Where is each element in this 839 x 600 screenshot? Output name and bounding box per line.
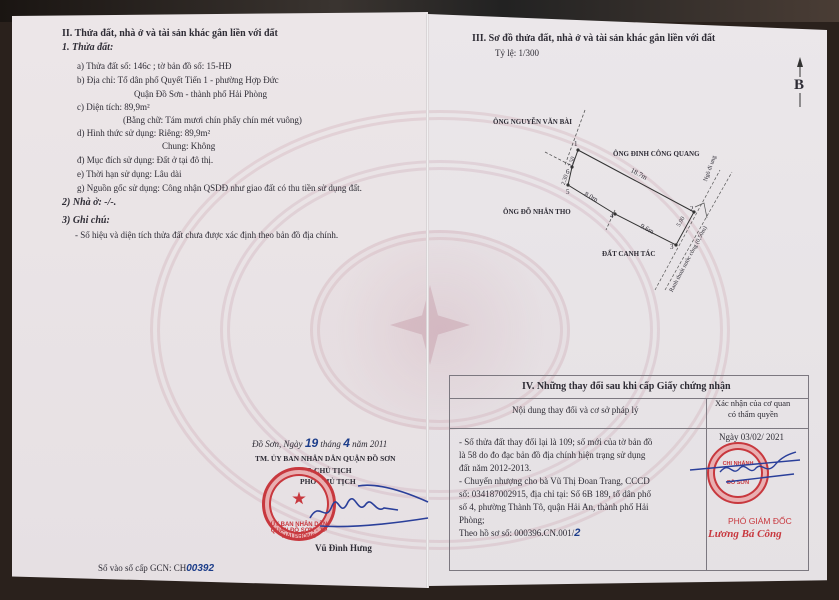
address-line-2: Quận Đồ Sơn - thành phố Hải Phòng <box>134 89 267 100</box>
section-ii-title: II. Thửa đất, nhà ở và tài sản khác gắn … <box>62 28 278 39</box>
house-heading: 2) Nhà ở: -/-. <box>62 197 116 208</box>
issue-month-label: tháng <box>320 439 341 449</box>
change-line-1: - Số thửa đất thay đổi lại là 109; số mớ… <box>459 437 652 448</box>
usage-origin-line: g) Nguồn gốc sử dụng: Công nhận QSDĐ như… <box>77 183 362 194</box>
point-4: 4 <box>610 212 614 220</box>
confirm-role: PHÓ GIÁM ĐỐC <box>728 516 792 527</box>
point-3: 3 <box>670 243 674 251</box>
register-label: Số vào sổ cấp GCN: CH <box>98 563 186 573</box>
point-5: 5 <box>566 188 570 196</box>
signature-right-icon <box>690 452 810 492</box>
change-line-4: - Chuyển nhượng cho bà Vũ Thị Đoan Trang… <box>459 476 650 487</box>
area-line: c) Diện tích: 89,9m² <box>77 102 150 113</box>
issuing-org: TM. ỦY BAN NHÂN DÂN QUẬN ĐỒ SƠN <box>255 453 396 464</box>
neighbor-north: ÔNG NGUYỄN VĂN BÀI <box>493 118 572 126</box>
confirm-date: Ngày 03/02/ 2021 <box>719 432 784 443</box>
point-2: 2 <box>690 205 694 213</box>
parcel-number-line: a) Thửa đất số: 146c ; tờ bản đồ số: 15-… <box>77 61 231 72</box>
confirm-signer: Lương Bá Công <box>708 528 782 541</box>
issue-year: năm 2011 <box>352 439 387 449</box>
neighbor-west: ÔNG ĐỖ NHÂN THO <box>503 208 571 216</box>
issue-day: 19 <box>305 436 318 450</box>
change-line-5: số: 034187002915, địa chỉ tại: Số 6B 189… <box>459 489 651 500</box>
signature-left-icon <box>300 480 430 530</box>
changes-col1-header: Nội dung thay đổi và cơ sở pháp lý <box>512 405 639 416</box>
usage-shared-line: Chung: Không <box>162 141 215 152</box>
change-line-8: Theo hồ sơ số: 000396.CN.001/2 <box>459 528 580 539</box>
changes-col2-header-2: có thẩm quyền <box>728 409 778 420</box>
signer-name-left: Vũ Đình Hưng <box>315 543 372 554</box>
file-number: Theo hồ sơ số: 000396.CN.001/ <box>459 528 574 538</box>
change-line-7: Phòng; <box>459 515 485 526</box>
file-number-suffix: 2 <box>574 527 580 539</box>
issue-date-line: Đồ Sơn, Ngày 19 tháng 4 năm 2011 <box>252 438 387 450</box>
address-line: b) Địa chỉ: Tổ dân phố Quyết Tiến 1 - ph… <box>77 75 279 86</box>
land-plot-diagram <box>470 110 750 300</box>
register-number: 00392 <box>186 563 214 574</box>
note-heading: 3) Ghi chú: <box>62 215 110 226</box>
issue-month: 4 <box>343 436 350 450</box>
usage-form-line: d) Hình thức sử dụng: Riêng: 89,9m² <box>77 128 210 139</box>
point-1: 1 <box>574 140 578 148</box>
area-words-line: (Bằng chữ: Tám mươi chín phẩy chín mét v… <box>123 115 302 126</box>
usage-purpose-line: đ) Mục đích sử dụng: Đất ở tại đô thị. <box>77 155 213 166</box>
note-text: - Số hiệu và diện tích thửa đất chưa đượ… <box>75 230 338 241</box>
change-line-2: là 58 do đo đạc bản đồ địa chính hiện tr… <box>459 450 645 461</box>
land-heading: 1. Thửa đất: <box>62 42 113 53</box>
neighbor-east: ÔNG ĐINH CÔNG QUANG <box>613 150 700 158</box>
usage-term-line: e) Thời hạn sử dụng: Lâu dài <box>77 169 181 180</box>
map-scale: Tỷ lệ: 1/300 <box>495 48 539 59</box>
change-line-3: đất năm 2012-2013. <box>459 463 531 474</box>
register-number-line: Số vào sổ cấp GCN: CH00392 <box>98 563 214 574</box>
changes-title: IV. Những thay đổi sau khi cấp Giấy chứn… <box>522 381 731 392</box>
neighbor-south: ĐẤT CANH TÁC <box>602 250 655 258</box>
change-line-6: số 4, phường Thành Tô, quận Hải An, thàn… <box>459 502 649 513</box>
north-label: B <box>794 77 804 93</box>
issue-place-prefix: Đồ Sơn, Ngày <box>252 439 303 449</box>
section-iii-title: III. Sơ đồ thửa đất, nhà ở và tài sản kh… <box>472 33 715 44</box>
changes-col2-header-1: Xác nhận của cơ quan <box>715 398 790 409</box>
